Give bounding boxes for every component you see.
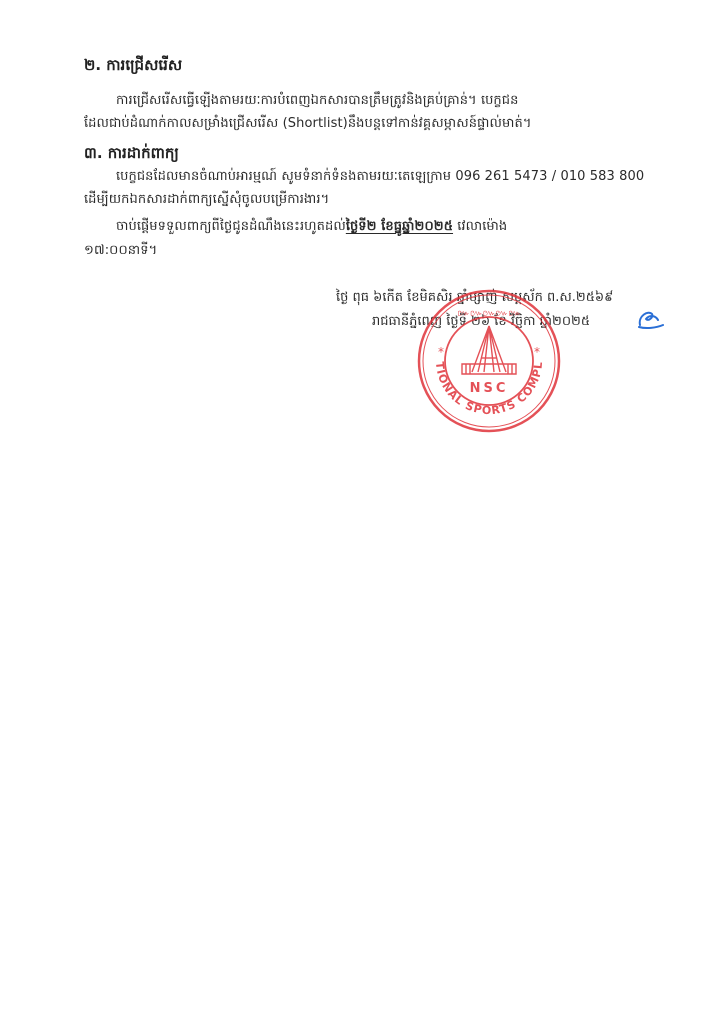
section-3-line-2: ដើម្បីយកឯកសារដាក់ពាក្យស្នើសុំចូលបម្រើការ…: [84, 191, 329, 210]
section-3-heading: ៣. ការដាក់ពាក្យ: [84, 144, 179, 166]
nsc-seal-stamp: * * NATIONAL SPORTS COMPLEX NSC ៚៚៚៚៚: [416, 288, 562, 434]
deadline-intro: ចាប់ផ្តើមទទួលពាក្យពីថ្ងៃជូនដំណឹងនេះរហូតដ…: [116, 219, 346, 234]
stamp-ring-text: NATIONAL SPORTS COMPLEX: [416, 288, 545, 417]
section-2-heading: ២. ការជ្រើសរើស: [84, 56, 182, 78]
stamp-center-text: NSC: [470, 381, 509, 396]
deadline-time-label: វេលាម៉ោង: [453, 219, 507, 234]
stadium-emblem-icon: [462, 326, 516, 374]
svg-text:*: *: [438, 345, 444, 359]
signature-mark: [636, 308, 664, 330]
svg-text:៚៚៚៚៚: ៚៚៚៚៚: [457, 309, 521, 319]
section-2-line-2: ដែលជាប់ដំណាក់កាលសម្រាំងជ្រើសរើស (Shortli…: [84, 115, 532, 134]
section-3-line-1: បេក្ខជនដែលមានចំណាប់អារម្មណ៍ សូមទំនាក់ទំន…: [116, 168, 644, 187]
deadline-date: ថ្ងៃទី២ ខែធ្នូឆ្នាំ២០២៥: [346, 219, 453, 234]
document-page: ២. ការជ្រើសរើស ការជ្រើសរើសធ្វើឡើងតាមរយៈក…: [0, 0, 724, 1024]
svg-text:*: *: [534, 345, 540, 359]
svg-text:NATIONAL SPORTS COMPLEX: NATIONAL SPORTS COMPLEX: [416, 288, 545, 417]
section-3-line-3: ចាប់ផ្តើមទទួលពាក្យពីថ្ងៃជូនដំណឹងនេះរហូតដ…: [116, 218, 507, 237]
section-3-line-4: ១៧:០០នាទី។: [84, 242, 157, 261]
section-2-line-1: ការជ្រើសរើសធ្វើឡើងតាមរយៈការបំពេញឯកសារបាន…: [116, 92, 518, 111]
